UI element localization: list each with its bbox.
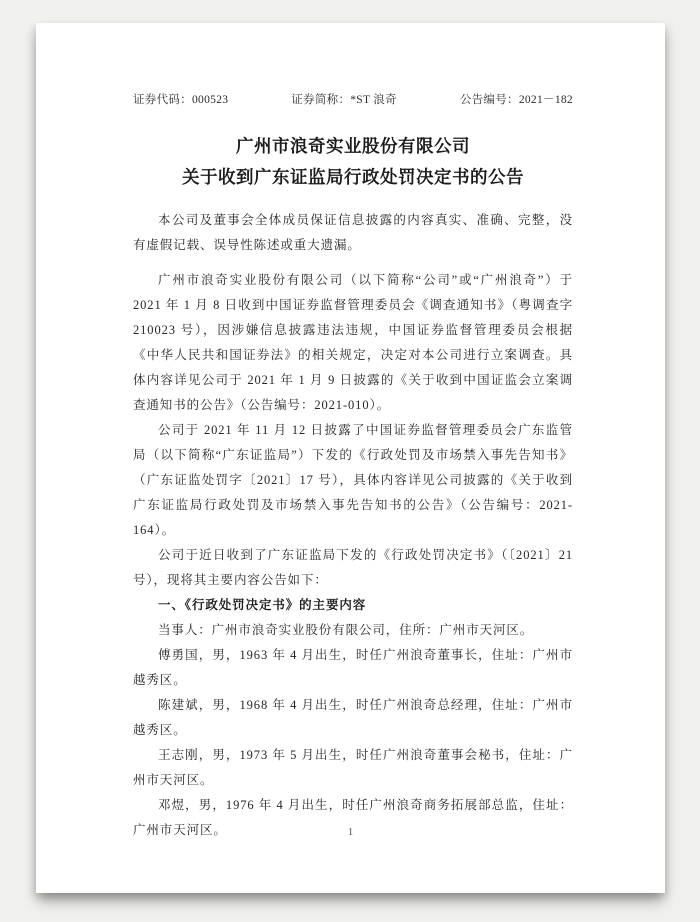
page-number: 1 <box>36 826 665 838</box>
paragraph-investigation-notice: 广州市浪奇实业股份有限公司（以下简称“公司”或“广州浪奇”）于 2021 年 1… <box>133 268 573 418</box>
disclaimer-text: 本公司及董事会全体成员保证信息披露的内容真实、准确、完整，没有虚假记载、误导性陈… <box>133 208 573 258</box>
party-line-chenjianbin: 陈建斌，男，1968 年 4 月出生，时任广州浪奇总经理，住址：广州市越秀区。 <box>133 693 573 743</box>
document-canvas: 证券代码：000523 证券简称：*ST 浪奇 公告编号：2021－182 广州… <box>0 0 700 922</box>
announcement-number: 公告编号：2021－182 <box>460 91 573 107</box>
document-page: 证券代码：000523 证券简称：*ST 浪奇 公告编号：2021－182 广州… <box>36 23 665 893</box>
party-line-company: 当事人：广州市浪奇实业股份有限公司，住所：广州市天河区。 <box>133 618 573 643</box>
section-heading: 一、《行政处罚决定书》的主要内容 <box>133 593 573 618</box>
party-line-fuyongguo: 傅勇国，男，1963 年 4 月出生，时任广州浪奇董事长，住址：广州市越秀区。 <box>133 643 573 693</box>
stock-abbr: 证券简称：*ST 浪奇 <box>291 91 397 107</box>
paragraph-penalty-decision-received: 公司于近日收到了广东证监局下发的《行政处罚决定书》（〔2021〕21 号），现将… <box>133 543 573 593</box>
doc-body: 本公司及董事会全体成员保证信息披露的内容真实、准确、完整，没有虚假记载、误导性陈… <box>133 208 573 843</box>
stock-code: 证券代码：000523 <box>133 91 228 107</box>
doc-header: 证券代码：000523 证券简称：*ST 浪奇 公告编号：2021－182 <box>133 91 573 107</box>
doc-title-line1: 广州市浪奇实业股份有限公司 <box>133 131 573 162</box>
doc-title: 广州市浪奇实业股份有限公司 关于收到广东证监局行政处罚决定书的公告 <box>133 131 573 193</box>
doc-title-line2: 关于收到广东证监局行政处罚决定书的公告 <box>133 162 573 193</box>
paragraph-prior-notification: 公司于 2021 年 11 月 12 日披露了中国证券监督管理委员会广东监管局（… <box>133 418 573 543</box>
party-line-wangzhigang: 王志刚，男，1973 年 5 月出生，时任广州浪奇董事会秘书，住址：广州市天河区… <box>133 743 573 793</box>
